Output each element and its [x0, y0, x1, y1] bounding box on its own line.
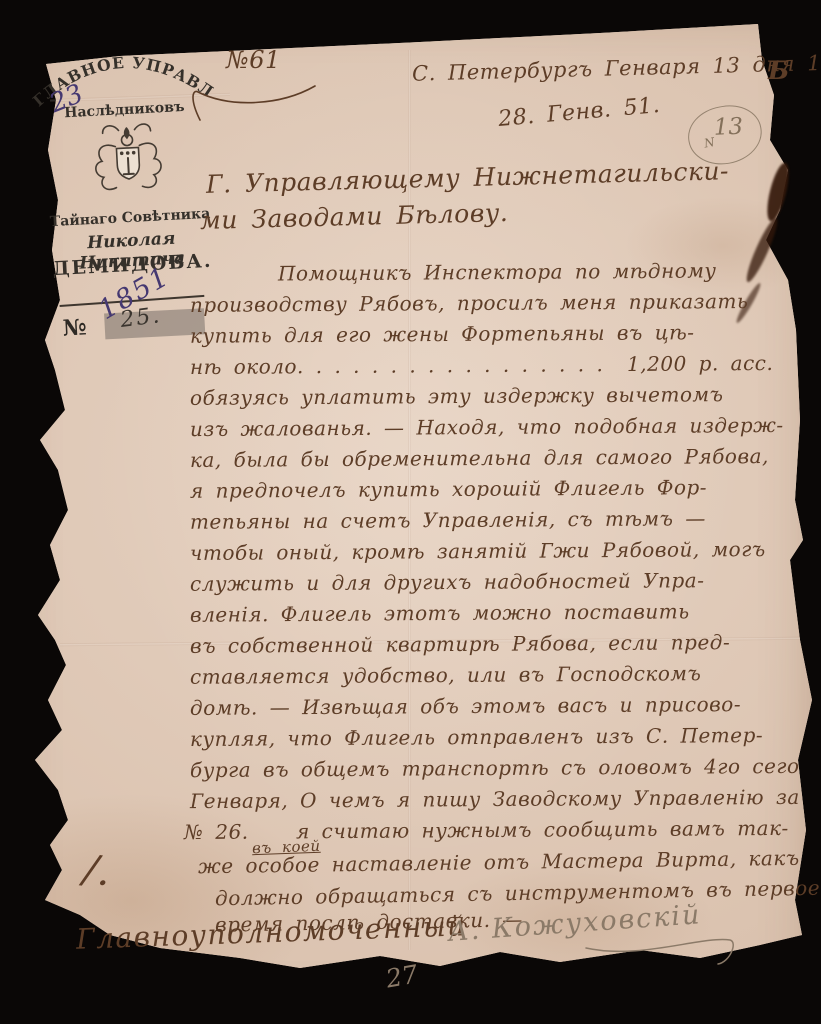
body-line: бурга въ общемъ транспортѣ съ оловомъ 4г… — [190, 756, 800, 780]
body-line: служить и для другихъ надобностей Упра- — [190, 570, 705, 594]
outgoing-number-flourish — [190, 78, 320, 128]
scanned-document: ГЛАВНОЕ УПРАВЛЕНІЕ Наслѣдниковъ Тайнаго … — [0, 0, 821, 1024]
body-line: въ собственной квартирѣ Рябова, если пре… — [190, 632, 730, 656]
demidov-crest-icon — [88, 116, 169, 210]
letterhead-number-label: № — [62, 314, 87, 341]
body-line: вленія. Флигель этотъ можно поставить — [190, 601, 690, 624]
body-line: чтобы оный, кромѣ занятій Гжи Рябовой, м… — [190, 539, 766, 563]
body-line: ка, была бы обременительна для самого Ря… — [190, 446, 769, 470]
signature-flourish — [580, 930, 740, 970]
dateline-suffix: Б — [768, 56, 790, 85]
body-line: нѣ около. . . . . . . . . . . . . . . . … — [190, 353, 773, 377]
body-line: производству Рябовъ, просилъ меня приказ… — [190, 291, 748, 315]
body-line: Генваря, О чемъ я пишу Заводскому Управл… — [190, 787, 800, 811]
circled-number-value: 13 — [713, 114, 743, 141]
body-line: изъ жалованья. — Находя, что подобная из… — [190, 415, 784, 439]
body-line: купляя, что Флигель отправленъ изъ С. Пе… — [190, 725, 763, 749]
body-line: Помощникъ Инспектора по мѣдному — [278, 260, 717, 283]
body-line: домѣ. — Извѣщая объ этомъ васъ и присово… — [190, 694, 741, 718]
body-line: тепьяны на счетъ Управленія, съ тѣмъ — — [190, 508, 706, 532]
body-line: обязуясь уплатить эту издержку вычетомъ — [190, 384, 724, 408]
body-line: я предпочелъ купить хорошій Флигель Фор- — [190, 477, 707, 501]
body-line: ставляется удобство, или въ Господскомъ — [190, 663, 701, 687]
interlinear-insertion: въ коей — [252, 837, 321, 857]
body-line: купить для его жены Фортепьяны въ цѣ- — [190, 322, 695, 346]
pencil-page-number: 27 — [384, 959, 420, 993]
outgoing-number: №61 — [226, 46, 281, 74]
